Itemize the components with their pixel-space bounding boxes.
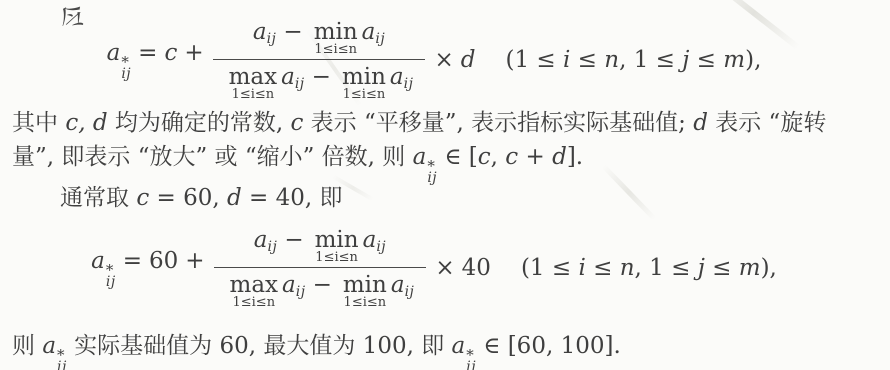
text-segment: 即 xyxy=(320,185,343,211)
scale-term: ×d xyxy=(427,46,475,74)
a-star-ij: a*ij xyxy=(413,144,438,170)
text-segment: ≤ xyxy=(586,255,620,281)
text-segment: m xyxy=(723,47,745,73)
text-segment: ∈ [60, 100]. xyxy=(476,333,621,359)
fraction: aij−min1≤i≤naij max1≤i≤naij−min1≤i≤naij xyxy=(214,226,427,309)
text-segment: d xyxy=(693,110,708,136)
text-segment: = 60, xyxy=(149,185,227,211)
sup-sub-stack: *ij xyxy=(57,349,67,370)
numerator: aij−min1≤i≤naij xyxy=(242,226,398,267)
subscript-ij: ij xyxy=(106,276,116,288)
var-a: a xyxy=(390,64,404,90)
var-a: a xyxy=(282,272,296,298)
paragraph-explain-line-2: 量”, 即表示 “放大” 或 “缩小” 倍数, 则 a*ij ∈ [c, c +… xyxy=(12,142,583,184)
minus-sign: − xyxy=(312,64,331,90)
text-segment: j xyxy=(698,255,705,281)
text-segment: ≤ xyxy=(689,47,723,73)
min-operator: min1≤i≤n xyxy=(315,226,359,264)
text-segment: + xyxy=(518,144,552,170)
minus-sign: − xyxy=(283,19,302,45)
text-segment: = 40, xyxy=(242,185,320,211)
scanned-page: 令 a*ij=c+ aij−min1≤i≤naij max1≤i≤naij−mi… xyxy=(0,0,890,370)
subscript-ij: ij xyxy=(268,239,278,255)
max-operator: max1≤i≤n xyxy=(230,271,279,309)
text-segment: 量”, 即表示 “放大” 或 “缩小” 倍数, 则 xyxy=(12,144,413,170)
subscript-ij: ij xyxy=(296,284,306,300)
scale-constant: 40 xyxy=(462,255,491,281)
text-segment: ∈ [ xyxy=(437,144,478,170)
text-segment: ≤ xyxy=(705,255,739,281)
var-a: a xyxy=(363,227,377,253)
minus-sign: − xyxy=(284,227,303,253)
subscript-ij: ij xyxy=(121,68,131,80)
text-segment: 实际基础值为 60, 最大值为 100, 即 xyxy=(67,333,452,359)
text-segment: , xyxy=(491,144,506,170)
text-segment: i xyxy=(578,255,585,281)
text-segment: c xyxy=(505,144,518,170)
text-segment: c, d xyxy=(65,110,107,136)
times-sign: × xyxy=(435,255,454,281)
min-operator: min1≤i≤n xyxy=(314,18,358,56)
equals-sign: = xyxy=(123,248,142,274)
text-segment: 表示 “旋转 xyxy=(708,110,826,136)
subscript-ij: ij xyxy=(405,284,415,300)
shift-constant: 60 xyxy=(149,248,178,274)
var-a: a xyxy=(391,272,405,298)
text-segment: (1 ≤ xyxy=(505,47,563,73)
var-a: a xyxy=(281,64,295,90)
fraction: aij−min1≤i≤naij max1≤i≤naij−min1≤i≤naij xyxy=(213,18,426,101)
max-operator: max1≤i≤n xyxy=(229,63,278,101)
text-segment: ≤ xyxy=(570,47,604,73)
min-limits: 1≤i≤n xyxy=(344,297,387,309)
formula-lhs: a*ij=c+ xyxy=(107,39,211,80)
var-a: a xyxy=(254,227,268,253)
paragraph-conclusion: 则 a*ij 实际基础值为 60, 最大值为 100, 即 a*ij ∈ [60… xyxy=(12,331,621,370)
text-segment: , 1 ≤ xyxy=(619,47,682,73)
text-segment: m xyxy=(739,255,761,281)
text-segment: c xyxy=(478,144,491,170)
a-star-ij: a*ij xyxy=(452,333,477,359)
text-segment: , 1 ≤ xyxy=(635,255,698,281)
text-segment: ), xyxy=(761,255,777,281)
text-segment: 其中 xyxy=(12,110,65,136)
text-segment: c xyxy=(290,110,303,136)
sup-sub-stack: *ij xyxy=(121,56,131,80)
text-segment: 则 xyxy=(12,333,42,359)
subscript-ij: ij xyxy=(375,31,385,47)
sup-sub-stack: *ij xyxy=(106,264,116,288)
max-limits: 1≤i≤n xyxy=(232,297,275,309)
display-formula-specific: a*ij=60+ aij−min1≤i≤naij max1≤i≤naij−min… xyxy=(0,226,890,309)
var-a: a xyxy=(362,19,376,45)
formula-lhs: a*ij=60+ xyxy=(91,247,211,288)
scale-term: ×40 xyxy=(428,254,491,282)
var-a: a xyxy=(107,40,121,66)
min-operator: min1≤i≤n xyxy=(342,63,386,101)
scale-constant: d xyxy=(461,47,476,73)
sup-sub-stack: *ij xyxy=(466,349,476,370)
text-segment: c xyxy=(136,185,149,211)
var-a: a xyxy=(253,19,267,45)
text-segment: n xyxy=(604,47,619,73)
numerator: aij−min1≤i≤naij xyxy=(241,18,397,59)
text-segment: 表示 “平移量”, 表示指标实际基础值; xyxy=(303,110,693,136)
text-segment: 均为确定的常数, xyxy=(108,110,291,136)
sup-sub-stack: *ij xyxy=(427,160,437,184)
plus-sign: + xyxy=(185,248,204,274)
text-segment: n xyxy=(620,255,635,281)
a-star-ij: a*ij xyxy=(42,333,67,359)
var-a: a xyxy=(91,248,105,274)
text-segment: ]. xyxy=(567,144,583,170)
index-condition: (1 ≤ i ≤ n, 1 ≤ j ≤ m), xyxy=(521,254,777,282)
index-condition: (1 ≤ i ≤ n, 1 ≤ j ≤ m), xyxy=(505,46,761,74)
minus-sign: − xyxy=(313,272,332,298)
subscript-ij: ij xyxy=(267,31,277,47)
text-segment: d xyxy=(552,144,567,170)
text-segment: 通常取 xyxy=(60,185,136,211)
equals-sign: = xyxy=(138,40,157,66)
subscript-ij: ij xyxy=(404,76,414,92)
paragraph-usual-values: 通常取 c = 60, d = 40, 即 xyxy=(60,183,343,213)
text-segment: d xyxy=(227,185,242,211)
times-sign: × xyxy=(434,47,453,73)
subscript-ij: ij xyxy=(376,239,386,255)
shift-constant: c xyxy=(164,40,177,66)
text-segment: (1 ≤ xyxy=(521,255,579,281)
denominator: max1≤i≤naij−min1≤i≤naij xyxy=(213,59,426,101)
min-limits: 1≤i≤n xyxy=(343,89,386,101)
denominator: max1≤i≤naij−min1≤i≤naij xyxy=(214,267,427,309)
display-formula-general: a*ij=c+ aij−min1≤i≤naij max1≤i≤naij−min1… xyxy=(0,18,890,101)
min-limits: 1≤i≤n xyxy=(314,44,357,56)
max-limits: 1≤i≤n xyxy=(232,89,275,101)
text-segment: ), xyxy=(745,47,761,73)
subscript-ij: ij xyxy=(295,76,305,92)
min-operator: min1≤i≤n xyxy=(343,271,387,309)
scan-artifact xyxy=(601,164,656,221)
paragraph-explain-line-1: 其中 c, d 均为确定的常数, c 表示 “平移量”, 表示指标实际基础值; … xyxy=(12,108,826,138)
min-limits: 1≤i≤n xyxy=(315,252,358,264)
plus-sign: + xyxy=(184,40,203,66)
